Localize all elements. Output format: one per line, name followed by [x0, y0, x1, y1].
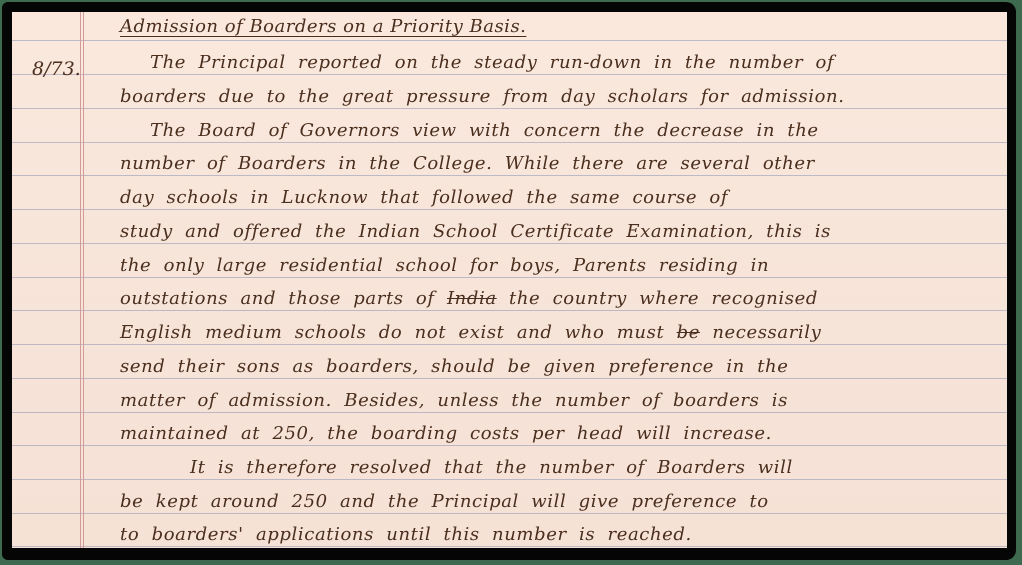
ruled-line [12, 277, 1007, 278]
struck-out-word: India [447, 288, 497, 309]
text-line: The Board of Governors view with concern… [150, 120, 819, 141]
ruled-line [12, 445, 1007, 446]
margin-line [80, 12, 81, 548]
ruled-line [12, 175, 1007, 176]
ruled-line [12, 74, 1007, 75]
margin-line [83, 12, 84, 548]
ruled-line [12, 412, 1007, 413]
struck-out-word: be [677, 322, 700, 343]
text-segment: English medium schools do not exist and … [120, 322, 664, 343]
text-line: the only large residential school for bo… [120, 255, 769, 276]
text-line: study and offered the Indian School Cert… [120, 221, 831, 242]
ruled-line [12, 344, 1007, 345]
ruled-line [12, 513, 1007, 514]
text-line: day schools in Lucknow that followed the… [120, 187, 728, 208]
text-line: boarders due to the great pressure from … [120, 86, 845, 107]
minute-heading: Admission of Boarders on a Priority Basi… [120, 16, 526, 37]
text-line: matter of admission. Besides, unless the… [120, 390, 788, 411]
ruled-line [12, 310, 1007, 311]
text-line: to boarders' applications until this num… [120, 524, 692, 545]
ruled-line [12, 378, 1007, 379]
ruled-paper-page: Admission of Boarders on a Priority Basi… [12, 12, 1007, 548]
ruled-line [12, 142, 1007, 143]
minute-number: 8/73. [32, 58, 81, 80]
ruled-line [12, 546, 1007, 547]
ruled-line [12, 243, 1007, 244]
text-line: number of Boarders in the College. While… [120, 153, 815, 174]
text-line: be kept around 250 and the Principal wil… [120, 491, 769, 512]
text-line: outstations and those parts of India the… [120, 288, 818, 309]
text-line: send their sons as boarders, should be g… [120, 356, 788, 377]
text-line: maintained at 250, the boarding costs pe… [120, 423, 772, 444]
ruled-line [12, 479, 1007, 480]
ruled-line [12, 40, 1007, 41]
text-segment: the country where recognised [509, 288, 818, 309]
text-line: English medium schools do not exist and … [120, 322, 821, 343]
ruled-line [12, 108, 1007, 109]
text-line: It is therefore resolved that the number… [190, 457, 793, 478]
text-segment: outstations and those parts of [120, 288, 435, 309]
text-segment: necessarily [712, 322, 821, 343]
ruled-line [12, 209, 1007, 210]
text-line: The Principal reported on the steady run… [150, 52, 834, 73]
photo-frame: Admission of Boarders on a Priority Basi… [2, 2, 1016, 560]
